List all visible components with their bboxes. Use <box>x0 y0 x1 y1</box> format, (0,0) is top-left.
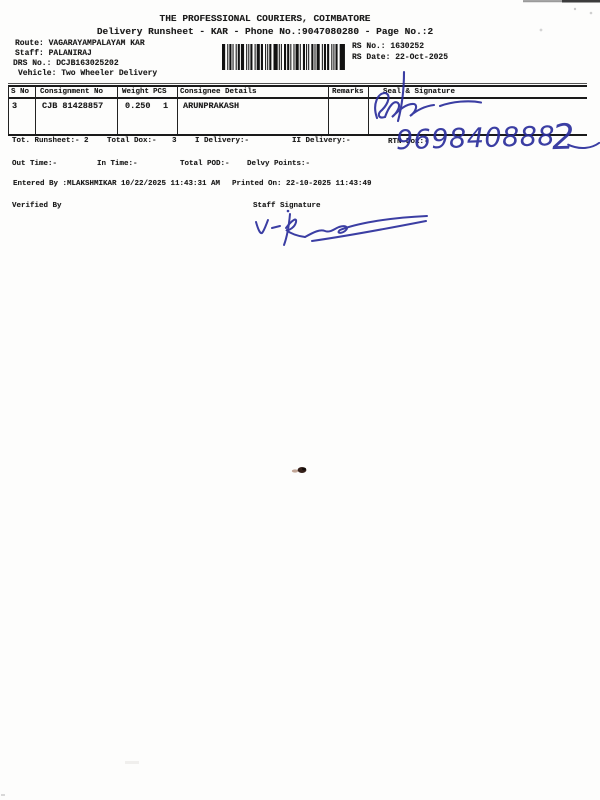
scanned-delivery-runsheet: THE PROFESSIONAL COURIERS, COIMBATORE De… <box>0 0 600 800</box>
total-dox-label: Total Dox:- <box>107 138 157 146</box>
staff-signature-label: Staff Signature <box>253 203 321 211</box>
barcode-image <box>222 44 350 71</box>
rtn-dox-label: RTN Dox:- <box>388 139 429 147</box>
drs-no-field: DRS No.: DCJB163025202 <box>13 60 119 68</box>
i-delivery-label: I Delivery:- <box>195 138 249 146</box>
col-header-consignee: Consignee Details <box>180 89 257 97</box>
table-header-rule <box>8 97 587 99</box>
ink-blot-speck <box>292 467 307 473</box>
ii-delivery-label: II Delivery:- <box>292 138 351 146</box>
entered-by-field: Entered By :MLAKSHMIKAR 10/22/2025 11:43… <box>13 181 220 189</box>
row-pcs: 1 <box>163 102 168 111</box>
table-bottom-rule <box>8 134 587 136</box>
verified-by-label: Verified By <box>12 203 62 211</box>
table-top-rule-thin <box>8 83 587 84</box>
tot-runsheet-label: Tot. Runsheet:- <box>12 138 80 146</box>
col-header-seal: Seal & Signature <box>383 89 455 97</box>
rs-date-field: RS Date: 22-Oct-2025 <box>352 54 448 62</box>
route-field: Route: VAGARAYAMPALAYAM KAR <box>15 40 145 48</box>
table-divider-4 <box>328 86 329 134</box>
col-header-pcs: PCS <box>153 89 167 97</box>
row-consignment: CJB 81428857 <box>42 102 103 111</box>
table-border-left <box>8 86 9 134</box>
out-time-label: Out Time:- <box>12 161 57 169</box>
row-sno: 3 <box>12 102 17 111</box>
total-dox-value: 3 <box>172 138 177 146</box>
row-weight: 0.250 <box>125 102 151 111</box>
barcode-bars <box>222 44 345 70</box>
vehicle-field: Vehicle: Two Wheeler Delivery <box>18 70 157 78</box>
delvy-points-label: Delvy Points:- <box>247 161 310 169</box>
scan-artifact-smudge <box>125 761 139 764</box>
handwritten-phone-last: 2 <box>552 118 575 159</box>
in-time-label: In Time:- <box>97 161 138 169</box>
tot-runsheet-value: 2 <box>84 138 89 146</box>
table-divider-2 <box>117 86 118 134</box>
total-pod-label: Total POD:- <box>180 161 230 169</box>
handwriting-overlay: 969840888 2 <box>0 0 600 800</box>
table-divider-5 <box>368 86 369 134</box>
col-header-weight: Weight <box>122 89 149 97</box>
rs-no-field: RS No.: 1630252 <box>352 43 424 51</box>
row-consignee: ARUNPRAKASH <box>183 102 239 111</box>
staff-signature-scribble <box>256 210 427 245</box>
company-title: THE PROFESSIONAL COURIERS, COIMBATORE <box>0 14 530 24</box>
table-divider-3 <box>177 86 178 134</box>
col-header-remarks: Remarks <box>332 89 364 97</box>
table-top-rule <box>8 85 587 87</box>
runsheet-subtitle: Delivery Runsheet - KAR - Phone No.:9047… <box>0 27 530 37</box>
col-header-sno: S No <box>11 89 29 97</box>
col-header-consignment: Consignment No <box>40 89 103 97</box>
scan-artifact-top-right <box>523 1 600 31</box>
staff-field: Staff: PALANIRAJ <box>15 50 92 58</box>
table-divider-1 <box>35 86 36 134</box>
printed-on-field: Printed On: 22-10-2025 11:43:49 <box>232 181 372 189</box>
scan-artifact-bottom-left <box>1 794 5 796</box>
